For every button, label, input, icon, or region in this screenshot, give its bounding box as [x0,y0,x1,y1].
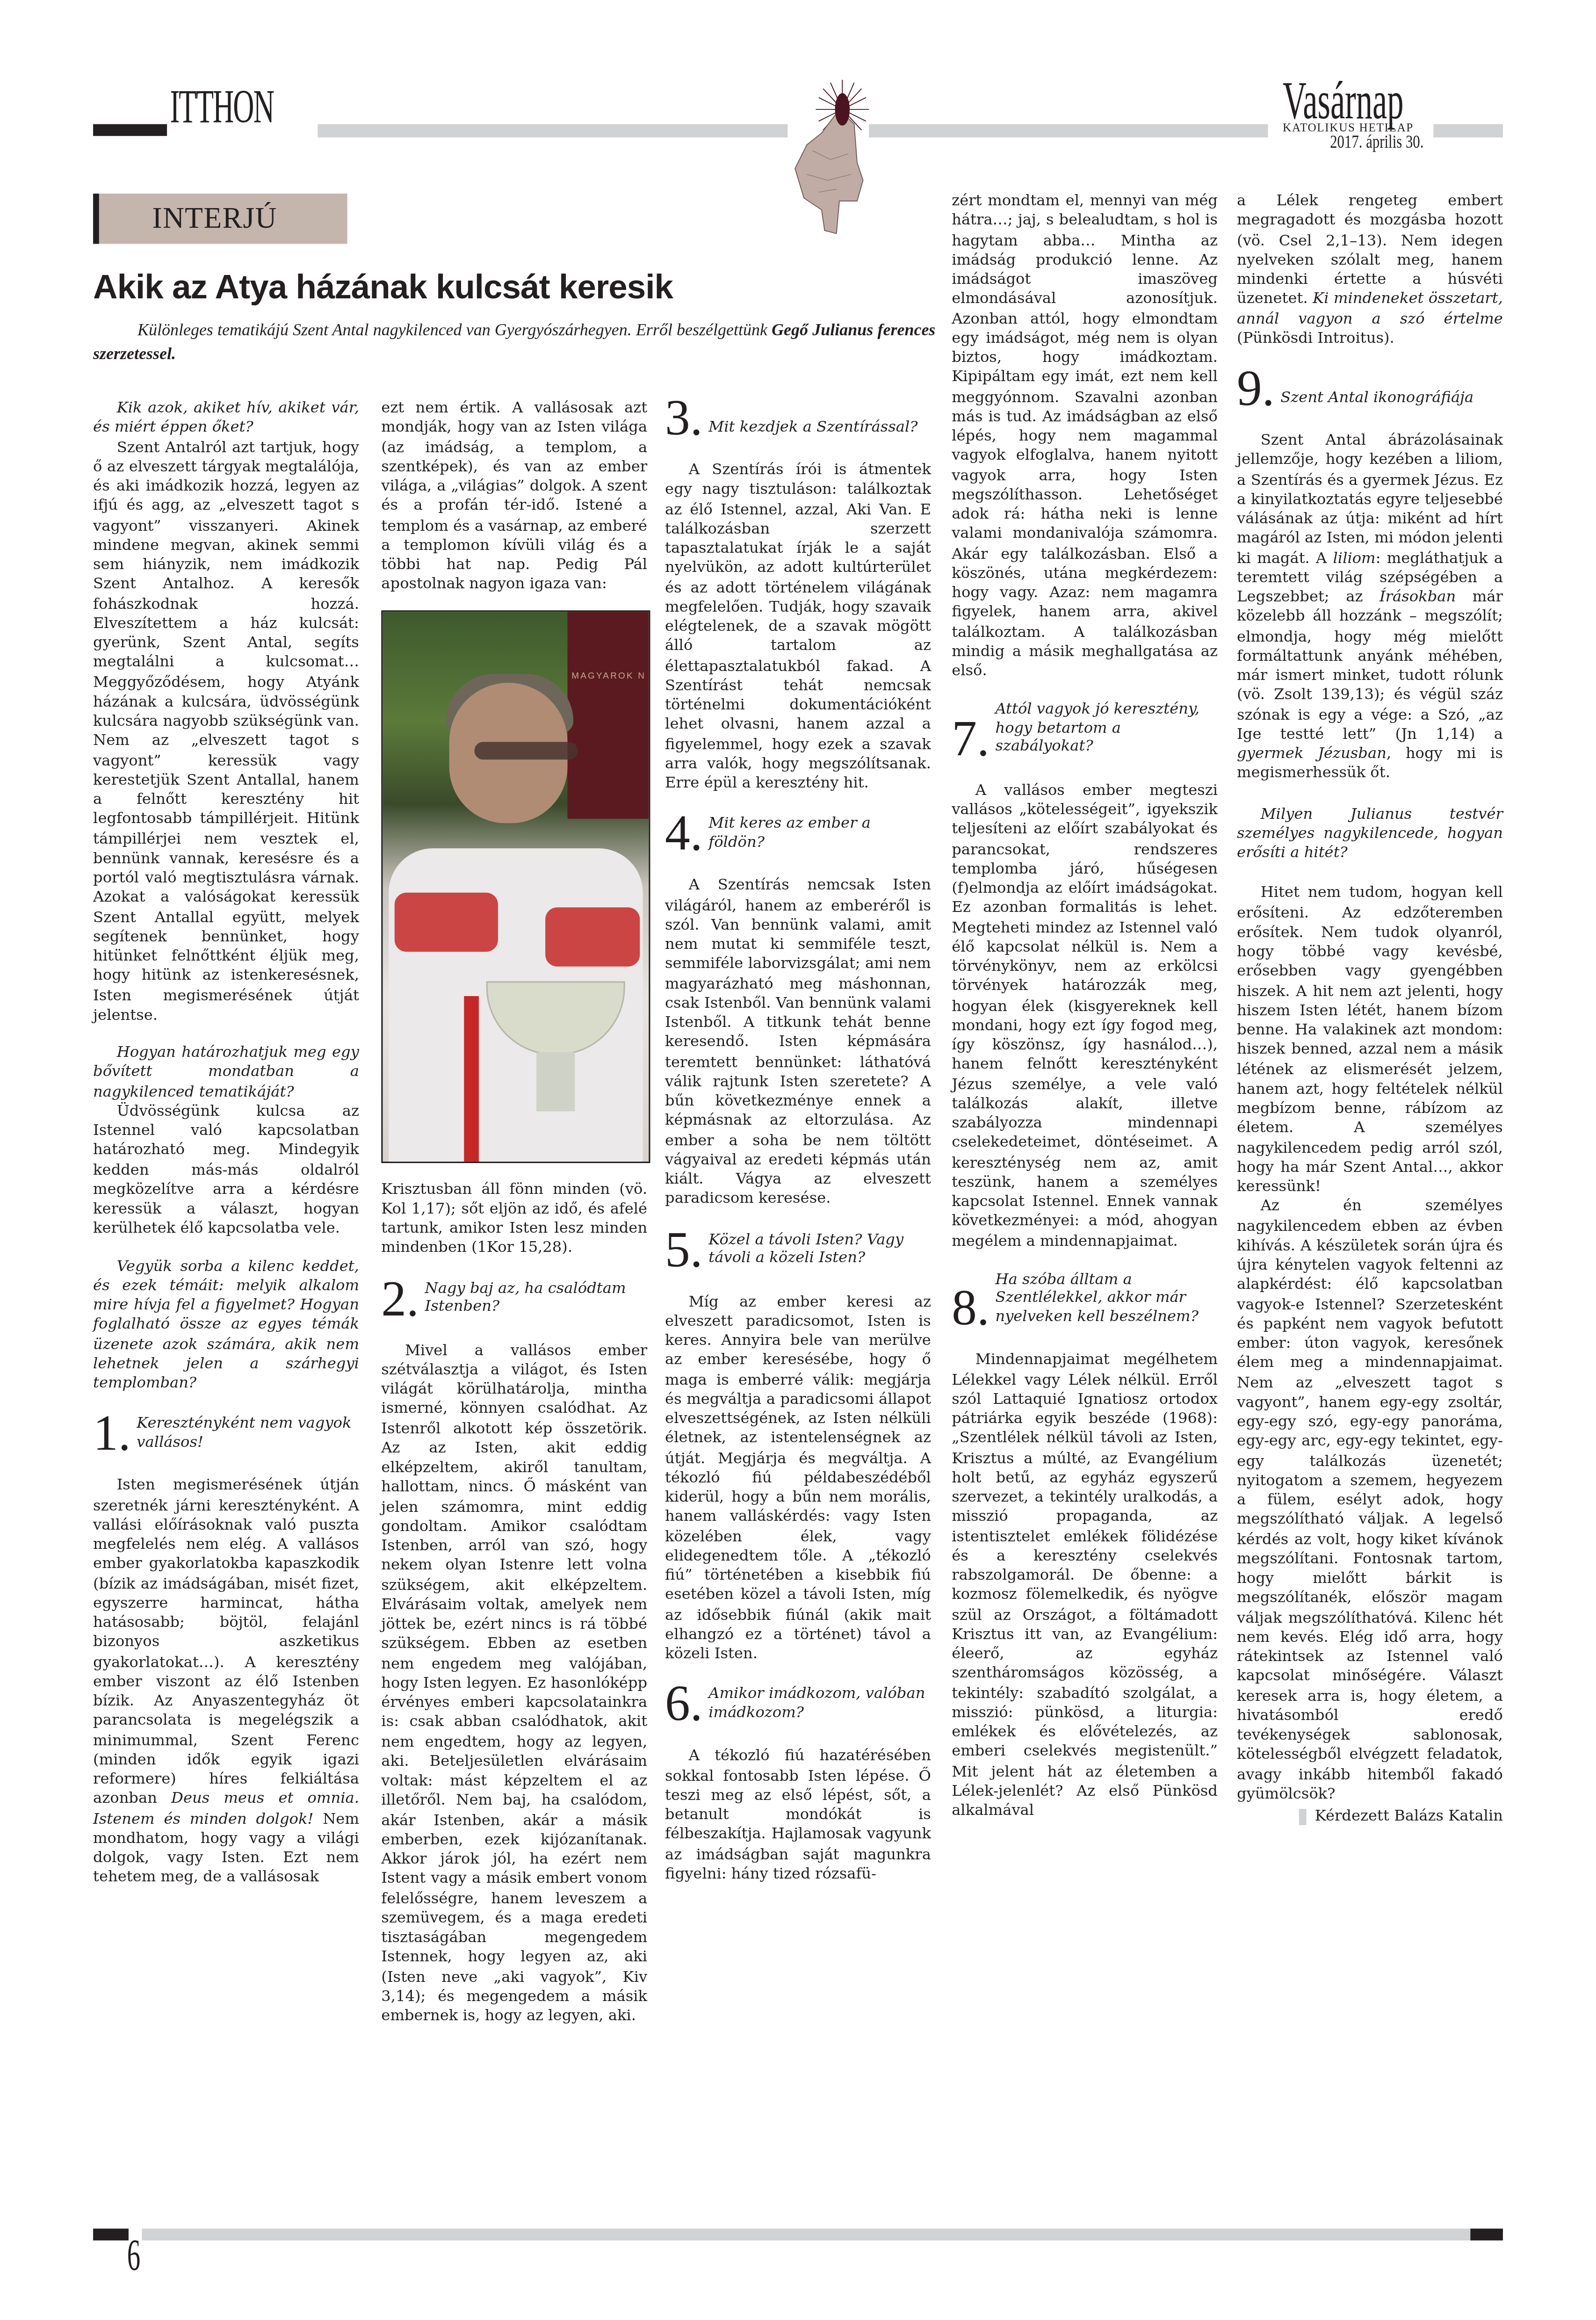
header-left-bar [93,124,167,136]
section-heading-9: 9. Szent Antal ikonográfiája [1237,369,1503,411]
section-text: A tékozló fiú hazatérésében sokkal fonto… [665,1747,931,1884]
answer: Szent Antalról azt tartjuk, hogy ő az el… [93,438,359,1026]
section-text: A Szentírás nemcsak Isten világáról, han… [665,877,931,1210]
newspaper-logo: Vasárnap [1283,74,1404,127]
question: Kik azok, akiket hív, akiket vár, és mié… [93,399,359,438]
byline-marker [1299,1809,1306,1825]
section-text: Mivel a vallásos ember szétválasztja a v… [381,1341,647,2027]
section-title: ITTHON [170,83,274,130]
section-text: A Szentírás írói is átmentek egy nagy ti… [665,461,931,794]
answer: Krisztusban áll fönn minden (vö. Kol 1,1… [381,1180,647,1258]
answer: zért mondtam el, mennyi van még hátra…; … [952,192,1218,682]
interviewee-photo: MAGYAROK N [381,610,650,1163]
issue-date: 2017. április 30. [1330,130,1423,154]
szekelyfold-map-icon [786,77,872,239]
header-rule-right [869,124,1268,137]
footer-right-bar [1470,2229,1503,2240]
byline: Kérdezett Balázs Katalin [1237,1807,1503,1827]
column-1: Kik azok, akiket hív, akiket vár, és mié… [93,399,359,1888]
section-heading-6: 6. Amikor imádkozom, valóban imádkozom? [665,1685,931,1726]
section-text: A vallásos ember megteszi vallásos „köte… [952,781,1218,1251]
article-lead: Különleges tematikájú Szent Antal nagyki… [93,319,935,367]
answer: a Lélek rengeteg embert megragadott és m… [1237,192,1503,349]
answer: ezt nem értik. A vallásosak azt mondják,… [381,399,647,595]
column-3: 3. Mit kezdjek a Szentírással? A Szentír… [665,399,931,1884]
question: Milyen Julianus testvér személyes nagyki… [1237,805,1503,864]
answer: Hitet nem tudom, hogyan kell erősíteni. … [1237,884,1503,1198]
column-4: zért mondtam el, mennyi van még hátra…; … [952,192,1218,1821]
section-heading-3: 3. Mit kezdjek a Szentírással? [665,399,931,440]
header-rule-end [1433,124,1503,137]
section-heading-4: 4. Mit keres az ember a földön? [665,815,931,856]
question: Hogyan határozhatjuk meg egy bővített mo… [93,1043,359,1102]
section-heading-1: 1. Keresztényként nem vagyok vallásos! [93,1415,359,1456]
section-heading-2: 2. Nagy baj az, ha csalódtam Istenben? [381,1279,647,1320]
footer-rule [142,2229,1475,2240]
column-5: a Lélek rengeteg embert megragadott és m… [1237,192,1503,1827]
section-text: Szent Antal ábrázolásainak jellemzője, h… [1237,432,1503,784]
column-2: ezt nem értik. A vallásosak azt mondják,… [381,399,647,2026]
byline-text: Kérdezett Balázs Katalin [1315,1807,1503,1827]
section-heading-8: 8. Ha szóba álltam a Szentlélekkel, akko… [952,1272,1218,1330]
category-tag: INTERJÚ [93,194,347,244]
article-headline: Akik az Atya házának kulcsát keresik [93,267,673,307]
section-text: Isten megismerésének útján szeretnék jár… [93,1477,359,1888]
section-text: Míg az ember keresi az elveszett paradic… [665,1293,931,1665]
footer-left-bar [93,2229,129,2240]
answer: Az én személyes nagykilencedem ebben az … [1237,1198,1503,1805]
question: Vegyük sorba a kilenc keddet, és ezek té… [93,1257,359,1394]
answer: Üdvösségünk kulcsa az Istennel való kapc… [93,1102,359,1239]
header-rule-left [318,124,787,137]
photo-banner [568,611,649,818]
section-text: Mindennapjaimat megélhetem Lélekkel vagy… [952,1351,1218,1821]
page-number: 6 [127,2234,140,2279]
newspaper-page: ITTHON Vasárnap KATOLIKUS HETILAP 2017. … [0,0,1596,2320]
section-heading-7: 7. Attól vagyok jó keresztény, hogy beta… [952,702,1218,761]
section-heading-5: 5. Közel a távoli Isten? Vagy távoli a k… [665,1230,931,1272]
category-tag-label: INTERJÚ [99,194,347,237]
